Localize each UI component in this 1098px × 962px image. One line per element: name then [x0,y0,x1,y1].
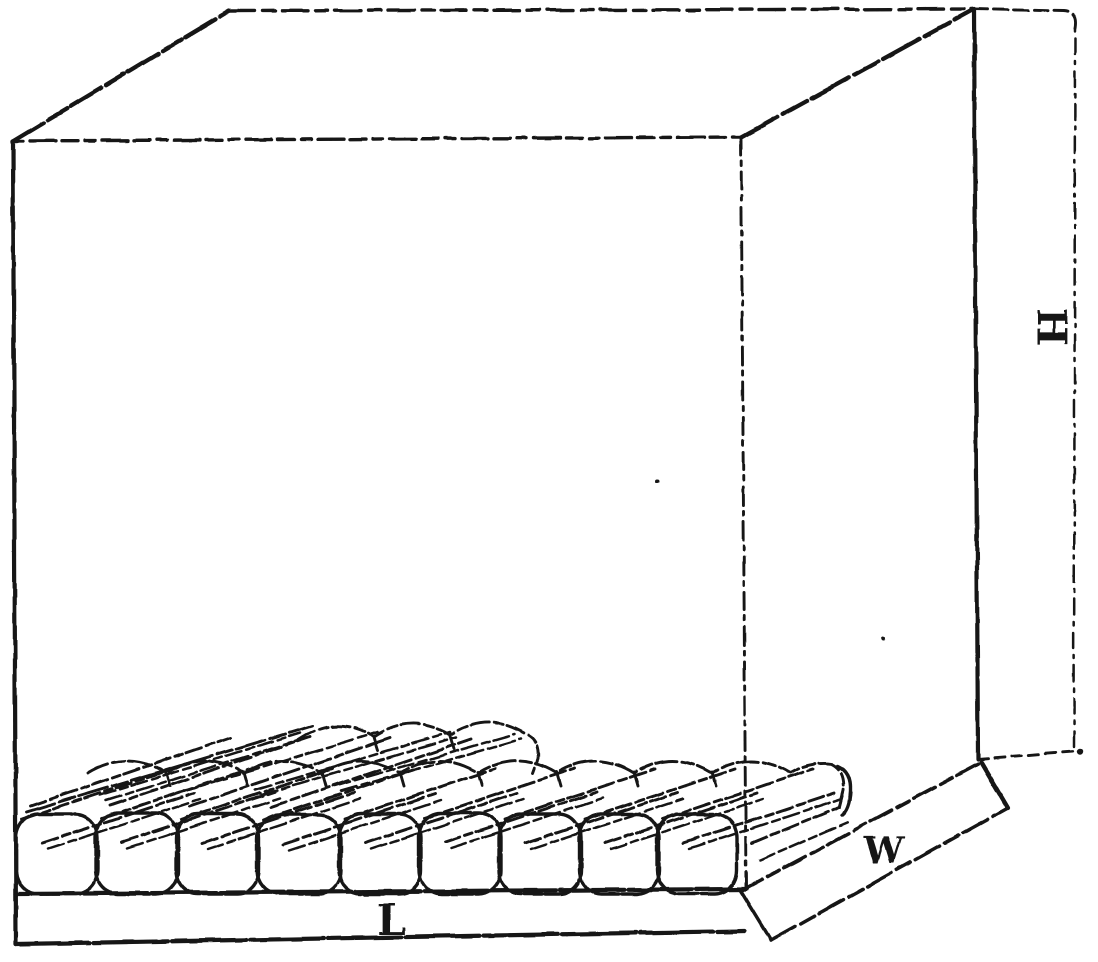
box-edge-front-right [741,137,746,889]
cylinder-back-row-mid-notches [166,772,716,786]
cylinder-mass-left-outline [26,726,312,812]
height-label: H [1028,308,1075,346]
box-edge-front-top [13,137,741,141]
cylinder-bodies [22,732,848,860]
scan-artifacts [655,479,885,641]
cylinder-stack [16,722,851,894]
box-edge-front-left [13,141,16,944]
packing-box-diagram: H W L [0,0,1098,962]
figure-canvas: H W L [0,0,1098,962]
bale-end-cap [419,813,501,894]
bale-end-cap [16,814,98,894]
height-dimension-line [974,9,1083,759]
bale-end-cap [96,813,178,894]
bale-end-cap [176,814,259,894]
length-label: L [377,896,407,945]
box-edge-top-right-slant [741,9,974,137]
bale-end-cap [339,814,421,894]
bale-end-cap [257,815,341,894]
bale-end-cap [579,814,659,894]
box-edge-top-left-slant [13,11,229,141]
bale-end-cap [657,814,737,894]
width-label: W [863,830,905,872]
box-edge-back-top [229,9,974,11]
box-edge-back-right [974,9,978,759]
bale-end-cap [499,814,581,894]
